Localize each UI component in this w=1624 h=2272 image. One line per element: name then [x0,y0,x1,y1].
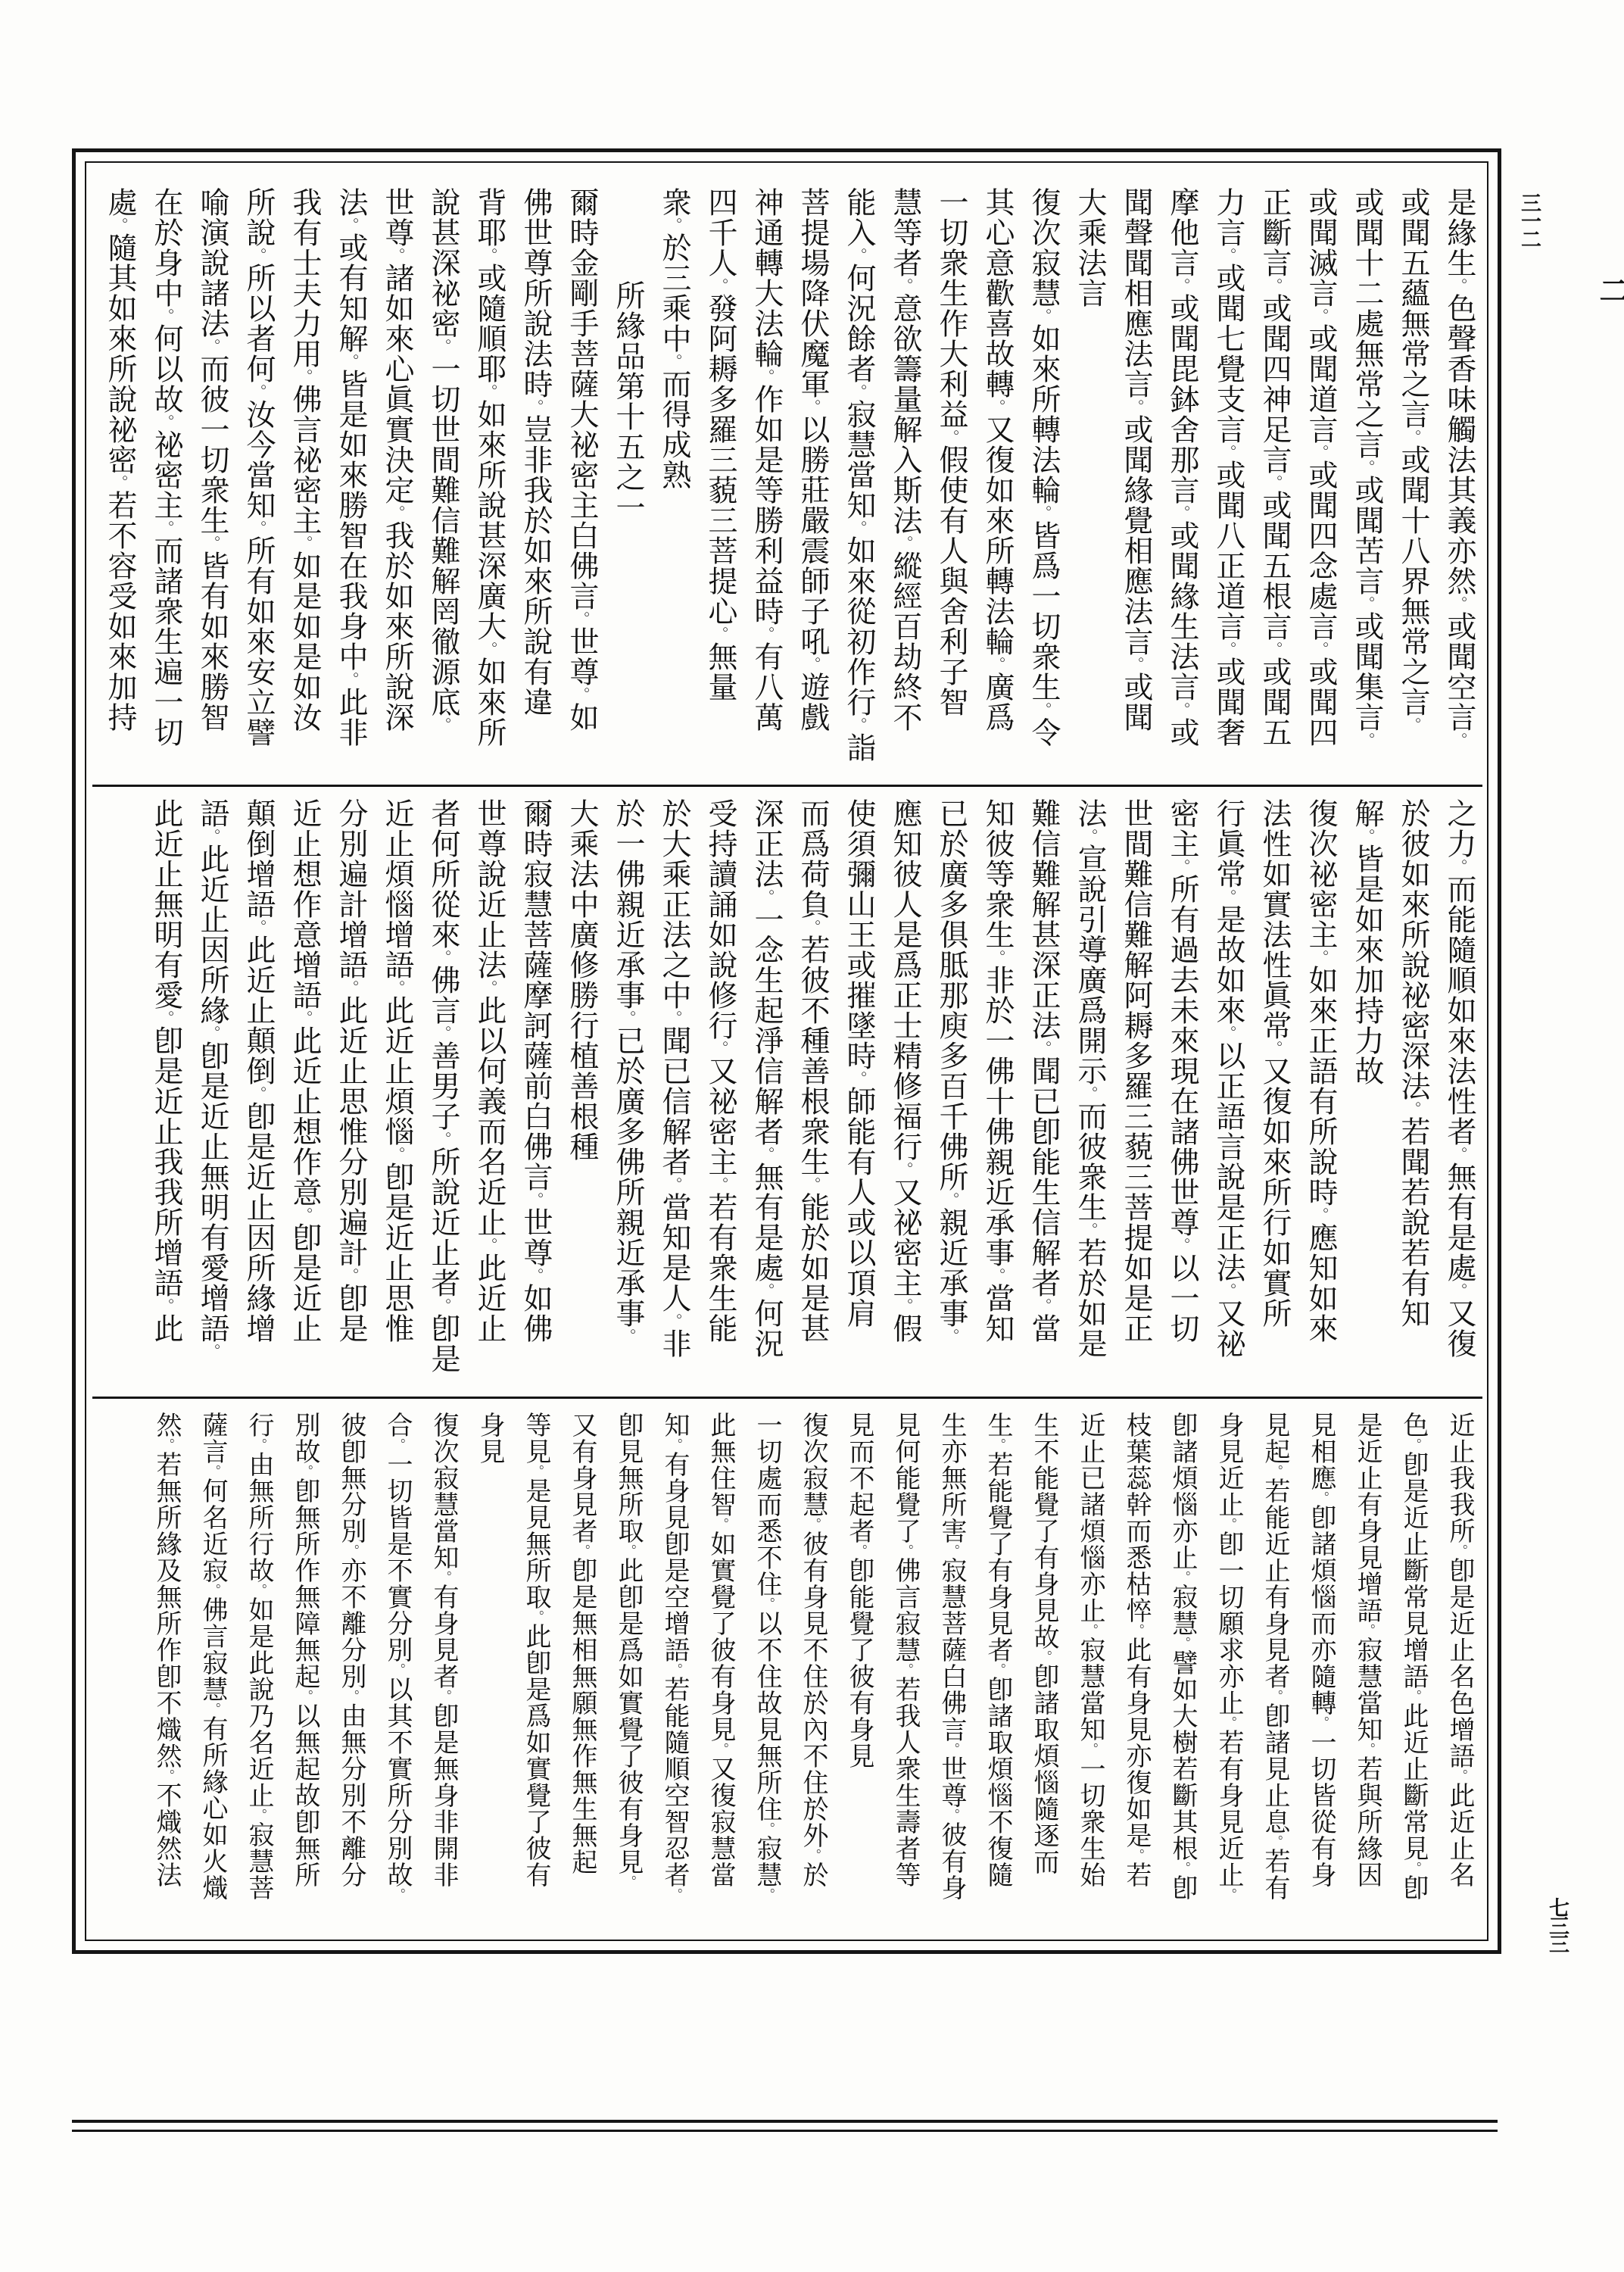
text-column: 難信難解甚深正法。聞已卽能生信解者。當 [1021,798,1067,1344]
margin-page-number-top: 三一二 [1513,192,1544,261]
text-column: 枝葉蕊幹而悉枯悴。此有身見亦復如是。若 [1113,1412,1159,1888]
text-column: 生亦無所害。寂慧菩薩白佛言。世尊。彼有身 [928,1412,974,1901]
text-column: 能入。何況餘者。寂慧當知。如來從初作行。詣 [836,187,882,763]
text-column: 知。有身見卽是空增語。若能隨順空智忍者。 [651,1412,697,1901]
text-column: 法。宣說引導廣爲開示。而彼衆生。若於如是 [1067,798,1113,1359]
text-column: 近止煩惱增語。此近止煩惱。卽是近止思惟 [374,798,420,1344]
text-column: 深正法。一念生起淨信解者。無有是處。何況 [743,798,790,1359]
text-column: 所說。所以者何。汝今當知。所有如來安立譬 [235,187,282,747]
text-column: 一切衆生作大利益。假使有人與舍利子智 [928,187,974,717]
text-column: 處。隨其如來所說祕密。若不容受如來加持 [97,187,143,732]
text-column: 力言。或聞七覺支言。或聞八正道言。或聞奢 [1205,187,1252,747]
text-column: 分別遍計增語。此近止思惟分別遍計。卽是 [328,798,374,1344]
text-column: 聞聲聞相應法言。或聞緣覺相應法言。或聞 [1113,187,1159,732]
register-bottom: 近止我我所。卽是近止名色增語。此近止名色。卽是近止斷常見增語。此近止斷常見。卽是… [143,1412,1482,1928]
text-column: 慧等者。意欲籌量解入斯法。縱經百劫終不 [882,187,928,732]
text-column: 見何能覺了。佛言寂慧。若我人衆生壽者等 [882,1412,928,1888]
text-column: 法。或有知解。皆是如來勝智在我身中。此非 [328,187,374,747]
text-column: 卽諸煩惱亦止。寂慧。譬如大樹若斷其根。卽 [1159,1412,1205,1901]
text-column: 爾時寂慧菩薩摩訶薩前白佛言。世尊。如佛 [513,798,559,1344]
text-column: 四千人。發阿耨多羅三藐三菩提心。無量 [697,187,743,702]
text-column: 法性如實法性眞常。又復如來所行如實所 [1252,798,1298,1328]
text-column: 然。若無所緣及無所作卽不熾然。不熾然法 [143,1412,189,1888]
text-column: 是近止有身見增語。寂慧當知。若與所緣因 [1344,1412,1390,1888]
text-column: 知彼等衆生。非於一佛十佛親近承事。當知 [974,798,1021,1344]
text-column: 復次寂慧。如來所轉法輪。皆爲一切衆生。令 [1021,187,1067,747]
text-column: 或聞滅言。或聞道言。或聞四念處言。或聞四 [1298,187,1344,747]
margin-running-title: 如來不思議祕密大乘經卷第十二 [1594,276,1624,715]
text-column: 大乘法言 [1067,187,1113,308]
text-column: 彼卽無分別。亦不離分別。由無分別不離分 [328,1412,374,1888]
text-column: 等見。是見無所取。此卽是爲如實覺了彼有 [513,1412,559,1888]
margin-page-number-bottom: 七三三 [1541,1897,1572,1996]
text-column: 身見近止。卽一切願求亦止。若有身見近止。 [1205,1412,1252,1901]
text-column: 正斷言。或聞四神足言。或聞五根言。或聞五 [1252,187,1298,747]
text-column: 密主。所有過去未來現在諸佛世尊。以一切 [1159,798,1205,1344]
text-column: 其心意歡喜故轉。又復如來所轉法輪。廣爲 [974,187,1021,732]
text-column: 已於廣多俱胝那庾多百千佛所。親近承事。 [928,798,974,1344]
text-column: 此近止無明有愛。卽是近止我我所增語。此 [143,798,189,1344]
scanned-page: { "document": { "margin": { "page_number… [0,0,1624,2272]
text-column: 使須彌山王或摧墜時。師能有人或以頂肩 [836,798,882,1328]
text-column: 於一佛親近承事。已於廣多佛所親近承事。 [605,798,651,1344]
text-column: 見而不起者。卽能覺了彼有身見 [836,1412,882,1769]
text-column: 在於身中。何以故。祕密主。而諸衆生遍一切 [143,187,189,747]
text-column: 見起。若能近止有身見者。卽諸見止息。若有 [1252,1412,1298,1901]
text-column: 衆。於三乘中。而得成熟 [651,187,697,490]
text-column: 或聞五蘊無常之言。或聞十八界無常之言。 [1390,187,1436,732]
text-column: 行眞常。是故如來。以正語言說是正法。又祕 [1205,798,1252,1359]
text-column: 顛倒增語。此近止顛倒。卽是近止因所緣增 [235,798,282,1344]
text-column: 見相應。卽諸煩惱而亦隨轉。一切皆從有身 [1298,1412,1344,1888]
text-column: 佛世尊所說法時。豈非我於如來所說有違 [513,187,559,717]
text-column: 說甚深祕密。一切世間難信難解罔徹源底。 [420,187,466,732]
text-column: 者何所從來。佛言。善男子。所說近止者。卽是 [420,798,466,1374]
text-column: 近止想作意增語。此近止想作意。卽是近止 [282,798,328,1344]
text-column: 生不能覺了有身見故。卽諸取煩惱隨逐而 [1021,1412,1067,1875]
text-column: 於彼如來所說祕密深法。若聞若說若有知 [1390,798,1436,1328]
text-column: 薩言。何名近寂。佛言寂慧。有所緣心如火熾 [189,1412,235,1901]
register-divider-lower [92,1397,1482,1399]
text-column: 世尊。諸如來心眞實決定。我於如來所說深 [374,187,420,732]
text-column: 近止已諸煩惱亦止。寂慧當知。一切衆生始 [1067,1412,1113,1888]
text-column: 摩他言。或聞毘鉢舍那言。或聞緣生法言。或 [1159,187,1205,747]
text-column: 合。一切皆是不實分別。以其不實所分別故。 [374,1412,420,1901]
text-column: 是緣生。色聲香味觸法其義亦然。或聞空言。 [1436,187,1482,747]
text-column: 之力。而能隨順如來法性者。無有是處。又復 [1436,798,1482,1359]
text-column: 復次祕密主。如來正語有所說時。應知如來 [1298,798,1344,1344]
text-column: 或聞十二處無常之言。或聞苦言。或聞集言。 [1344,187,1390,747]
text-column: 菩提場降伏魔軍。以勝莊嚴震師子吼。遊戲 [790,187,836,732]
text-column: 一切處而悉不住。以不住故見無所住。寂慧。 [743,1412,790,1901]
text-column: 復次寂慧當知。有身見者。卽是無身非開非 [420,1412,466,1888]
text-column: 所緣品第十五之一 [605,187,651,523]
text-column: 於大乘正法之中。聞已信解者。當知是人。非 [651,798,697,1359]
text-column: 身見 [466,1412,513,1465]
register-top: 是緣生。色聲香味觸法其義亦然。或聞空言。或聞五蘊無常之言。或聞十八界無常之言。或… [97,187,1482,785]
text-column: 此無住智。如實覺了彼有身見。又復寂慧當 [697,1412,743,1888]
text-column: 行。由無所行故。如是此說乃名近止。寂慧菩 [235,1412,282,1901]
text-column: 喻演說諸法。而彼一切衆生。皆有如來勝智 [189,187,235,732]
register-middle: 之力。而能隨順如來法性者。無有是處。又復於彼如來所說祕密深法。若聞若說若有知解。… [143,798,1482,1393]
register-divider-upper [92,785,1482,787]
text-column: 世間難信難解阿耨多羅三藐三菩提如是正 [1113,798,1159,1344]
text-column: 別故。卽無所作無障無起。以無起故卽無所 [282,1412,328,1888]
footer-rule-upper [72,2120,1498,2123]
footer-rule-lower [72,2130,1498,2132]
text-column: 卽見無所取。此卽是爲如實覺了彼有身見。 [605,1412,651,1888]
text-column: 生。若能覺了有身見者。卽諸取煩惱不復隨 [974,1412,1021,1888]
text-column: 我有士夫力用。佛言祕密主。如是如是如汝 [282,187,328,732]
text-column: 又有身見者。卽是無相無願無作無生無起 [559,1412,605,1875]
text-column: 近止我我所。卽是近止名色增語。此近止名 [1436,1412,1482,1888]
text-column: 復次寂慧。彼有身見不住於內不住於外。於 [790,1412,836,1888]
text-column: 大乘法中廣修勝行植善根種 [559,798,605,1162]
text-column: 世尊說近止法。此以何義而名近止。此近止 [466,798,513,1344]
text-column: 應知彼人是爲正士精修福行。又祕密主。假 [882,798,928,1344]
text-column: 而爲荷負。若彼不種善根衆生。能於如是甚 [790,798,836,1344]
text-column: 解。皆是如來加持力故 [1344,798,1390,1086]
text-column: 色。卽是近止斷常見增語。此近止斷常見。卽 [1390,1412,1436,1901]
text-column: 爾時金剛手菩薩大祕密主白佛言。世尊。如 [559,187,605,732]
text-column: 受持讀誦如說修行。又祕密主。若有衆生能 [697,798,743,1344]
text-column: 語。此近止因所緣。卽是近止無明有愛增語。 [189,798,235,1359]
text-column: 神通轉大法輪。作如是等勝利益時。有八萬 [743,187,790,732]
text-column: 背耶。或隨順耶。如來所說甚深廣大。如來所 [466,187,513,747]
